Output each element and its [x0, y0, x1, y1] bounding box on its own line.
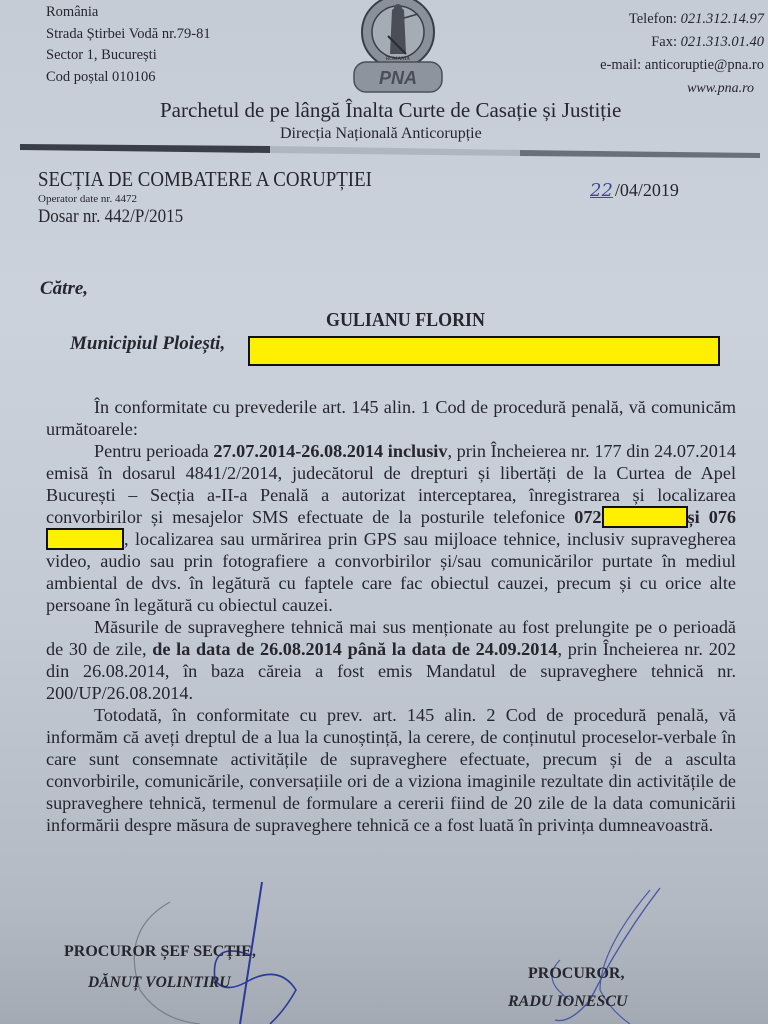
prosecutor-title: PROCUROR, — [528, 965, 624, 983]
header-separator — [20, 144, 760, 158]
paragraph: Măsurile de supraveghere tehnică mai sus… — [46, 616, 736, 704]
email-line: e-mail: anticoruptie@pna.ro — [600, 54, 764, 77]
fax-number: 021.313.01.40 — [681, 34, 764, 50]
paragraph: În conformitate cu prevederile art. 145 … — [46, 396, 736, 440]
institution-title: Parchetul de pe lângă Înalta Curte de Ca… — [160, 98, 621, 123]
chief-prosecutor-name: DĂNUȚ VOLINTIRU — [88, 974, 231, 992]
sender-address: România Strada Știrbei Vodă nr.79-81 Sec… — [46, 2, 211, 88]
section-title: SECȚIA DE COMBATERE A CORUPȚIEI — [38, 167, 372, 192]
recipient-name: GULIANU FLORIN — [326, 310, 485, 332]
redacted-address — [248, 336, 720, 366]
phone-line: Telefon: 021.312.14.97 — [600, 8, 764, 31]
address-line: Cod poștal 010106 — [46, 67, 211, 89]
to-label: Către, — [40, 278, 88, 300]
address-line: România — [46, 2, 211, 24]
redacted-phone-1 — [602, 506, 688, 528]
address-line: Sector 1, București — [46, 45, 211, 67]
redacted-phone-2 — [46, 528, 124, 550]
prosecutor-name: RADU IONESCU — [508, 993, 628, 1011]
letter-body: În conformitate cu prevederile art. 145 … — [46, 396, 736, 836]
handwritten-day: 22 — [590, 180, 613, 201]
svg-text:PNA: PNA — [379, 68, 417, 88]
recipient-city: Municipiul Ploiești, — [70, 333, 225, 355]
document-page: România Strada Știrbei Vodă nr.79-81 Sec… — [0, 0, 768, 1024]
directorate-title: Direcția Națională Anticorupție — [280, 125, 482, 143]
fax-line: Fax: 021.313.01.40 — [600, 31, 764, 54]
paragraph: Pentru perioada 27.07.2014-26.08.2014 in… — [46, 440, 736, 616]
phone-number: 021.312.14.97 — [681, 11, 764, 27]
website: www.pna.ro — [600, 77, 754, 100]
paragraph: Totodată, în conformitate cu prev. art. … — [46, 704, 736, 836]
operator-number: Operator date nr. 4472 — [38, 193, 137, 205]
dna-logo-icon: PNA ROMANIA — [340, 0, 456, 96]
svg-text:ROMANIA: ROMANIA — [386, 57, 410, 62]
chief-prosecutor-title: PROCUROR ȘEF SECȚIE, — [64, 943, 256, 961]
document-date: 22/04/2019 — [590, 180, 679, 201]
contact-block: Telefon: 021.312.14.97 Fax: 021.313.01.4… — [600, 8, 764, 100]
address-line: Strada Știrbei Vodă nr.79-81 — [46, 24, 211, 46]
file-number: Dosar nr. 442/P/2015 — [38, 207, 183, 228]
